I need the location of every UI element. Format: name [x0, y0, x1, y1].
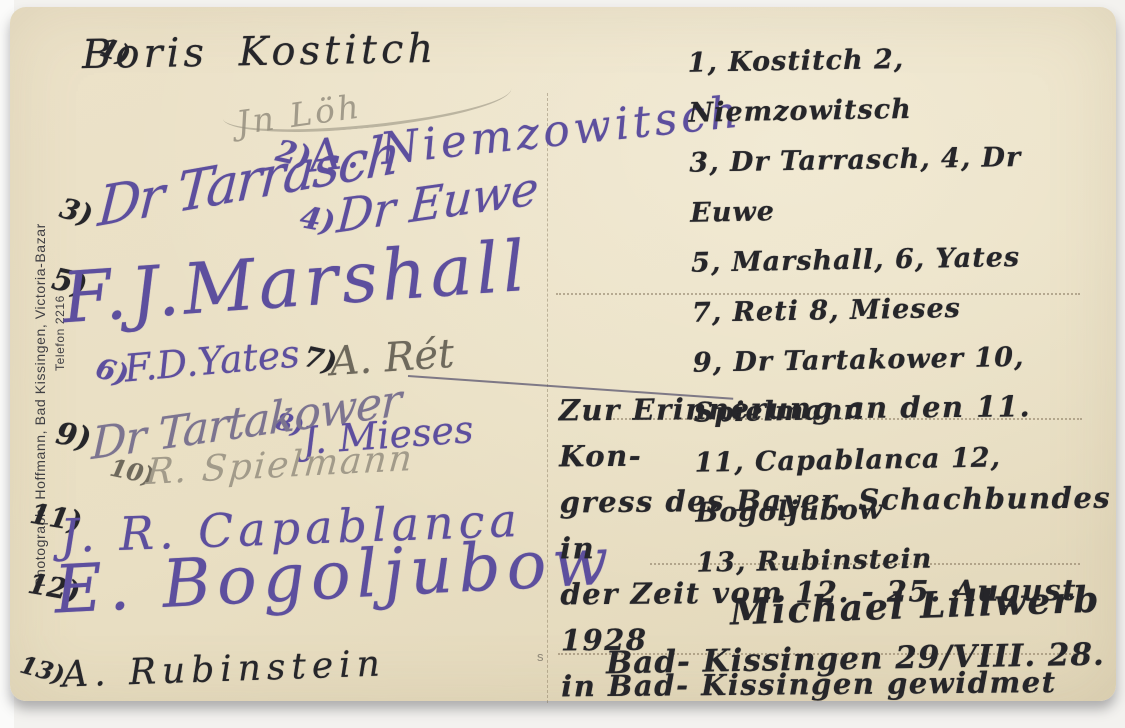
dedication-line: Zur Erinnerung an den 11. Kon-	[559, 383, 1116, 480]
postcard-scan: Photograph. Hoffmann, Bad Kissingen, Vic…	[0, 0, 1125, 728]
roster-line: 5, Marshall, 6, Yates	[691, 231, 1116, 288]
roster-line: 7, Reti 8, Mieses	[692, 281, 1117, 338]
signature-number-4: 4)	[297, 200, 338, 241]
signature-yates: F.D.Yates	[122, 331, 301, 390]
center-crease-line	[547, 93, 548, 703]
dedication-line: gress des Bayer. Schachbundes in	[559, 475, 1116, 572]
roster-line: 1, Kostitch 2, Niemzowitsch	[687, 31, 1113, 138]
signature-kostitch: Boris Kostitch	[82, 26, 438, 78]
signature-number-13: 13)	[17, 650, 68, 690]
signature-marshall: F.J.Marshall	[60, 225, 532, 339]
roster-line: 3, Dr Tarrasch, 4, Dr Euwe	[689, 131, 1115, 238]
printer-mark: s	[537, 649, 544, 664]
postcard: Photograph. Hoffmann, Bad Kissingen, Vic…	[10, 7, 1116, 701]
signature-number-9: 9)	[53, 416, 94, 457]
signature-rubinstein: A. Rubinstein	[61, 643, 386, 695]
